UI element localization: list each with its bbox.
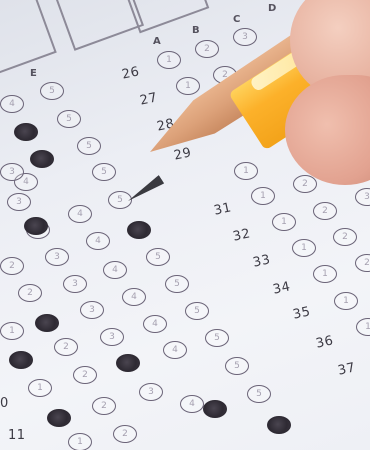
answer-bubble: 4 bbox=[68, 205, 92, 223]
filled-bubble bbox=[267, 416, 291, 434]
answer-bubble: 3 bbox=[7, 193, 31, 211]
answer-bubble: 4 bbox=[143, 315, 167, 333]
answer-bubble: 5 bbox=[165, 275, 189, 293]
column-header: A bbox=[153, 36, 161, 47]
filled-bubble bbox=[30, 150, 54, 168]
answer-bubble: 4 bbox=[0, 95, 24, 113]
answer-bubble: 2 bbox=[313, 202, 337, 220]
answer-bubble: 3 bbox=[45, 248, 69, 266]
filled-bubble bbox=[9, 351, 33, 369]
answer-bubble: 1 bbox=[313, 265, 337, 283]
answer-bubble: 4 bbox=[103, 261, 127, 279]
answer-bubble: 2 bbox=[113, 425, 137, 443]
answer-bubble: 1 bbox=[334, 292, 358, 310]
question-number: 35 bbox=[292, 304, 312, 322]
answer-bubble: 3 bbox=[355, 188, 370, 206]
answer-bubble: 1 bbox=[68, 433, 92, 450]
answer-bubble: 2 bbox=[92, 397, 116, 415]
column-header: E bbox=[30, 68, 37, 79]
answer-bubble: 5 bbox=[92, 163, 116, 181]
filled-bubble bbox=[35, 314, 59, 332]
side-number: 0 bbox=[0, 396, 9, 411]
question-number: 26 bbox=[121, 64, 141, 82]
question-number: 27 bbox=[139, 90, 159, 108]
answer-bubble: 4 bbox=[86, 232, 110, 250]
question-number: 32 bbox=[232, 226, 252, 244]
answer-bubble: 3 bbox=[139, 383, 163, 401]
question-number: 37 bbox=[337, 360, 357, 378]
side-number: 11 bbox=[8, 428, 26, 443]
answer-sheet-photo: EABCD 2627282931323334353637 11122331111… bbox=[0, 0, 370, 450]
answer-bubble: 1 bbox=[356, 318, 370, 336]
answer-bubble: 1 bbox=[251, 187, 275, 205]
answer-bubble: 4 bbox=[163, 341, 187, 359]
answer-bubble: 5 bbox=[247, 385, 271, 403]
answer-bubble: 1 bbox=[292, 239, 316, 257]
answer-bubble: 2 bbox=[333, 228, 357, 246]
question-number: 36 bbox=[315, 333, 335, 351]
answer-bubble: 1 bbox=[176, 77, 200, 95]
answer-bubble: 5 bbox=[57, 110, 81, 128]
question-number: 33 bbox=[252, 252, 272, 270]
answer-bubble: 5 bbox=[205, 329, 229, 347]
answer-bubble: 5 bbox=[108, 191, 132, 209]
answer-bubble: 3 bbox=[100, 328, 124, 346]
grid-box-top-left bbox=[0, 0, 57, 74]
answer-bubble: 5 bbox=[146, 248, 170, 266]
filled-bubble bbox=[127, 221, 151, 239]
answer-bubble: 3 bbox=[233, 28, 257, 46]
filled-bubble bbox=[24, 217, 48, 235]
answer-bubble: 1 bbox=[157, 51, 181, 69]
answer-bubble: 2 bbox=[54, 338, 78, 356]
answer-bubble: 2 bbox=[0, 257, 24, 275]
answer-bubble: 5 bbox=[77, 137, 101, 155]
column-header: D bbox=[268, 3, 276, 14]
answer-bubble: 2 bbox=[293, 175, 317, 193]
answer-bubble: 2 bbox=[355, 254, 370, 272]
answer-bubble: 1 bbox=[0, 322, 24, 340]
answer-bubble: 2 bbox=[195, 40, 219, 58]
answer-bubble: 3 bbox=[80, 301, 104, 319]
answer-bubble: 1 bbox=[272, 213, 296, 231]
answer-bubble: 4 bbox=[122, 288, 146, 306]
answer-bubble: 5 bbox=[185, 302, 209, 320]
filled-bubble bbox=[14, 123, 38, 141]
answer-bubble: 1 bbox=[28, 379, 52, 397]
answer-bubble: 5 bbox=[225, 357, 249, 375]
question-number: 31 bbox=[213, 200, 233, 218]
column-header: B bbox=[192, 25, 200, 36]
answer-bubble: 3 bbox=[0, 163, 24, 181]
question-number: 34 bbox=[272, 279, 292, 297]
answer-bubble: 2 bbox=[18, 284, 42, 302]
answer-bubble: 4 bbox=[180, 395, 204, 413]
filled-bubble bbox=[203, 400, 227, 418]
filled-bubble bbox=[47, 409, 71, 427]
filled-bubble bbox=[116, 354, 140, 372]
column-header: C bbox=[233, 14, 240, 25]
answer-bubble: 5 bbox=[40, 82, 64, 100]
answer-bubble: 1 bbox=[234, 162, 258, 180]
answer-bubble: 3 bbox=[63, 275, 87, 293]
question-number: 29 bbox=[173, 145, 193, 163]
answer-bubble: 2 bbox=[73, 366, 97, 384]
